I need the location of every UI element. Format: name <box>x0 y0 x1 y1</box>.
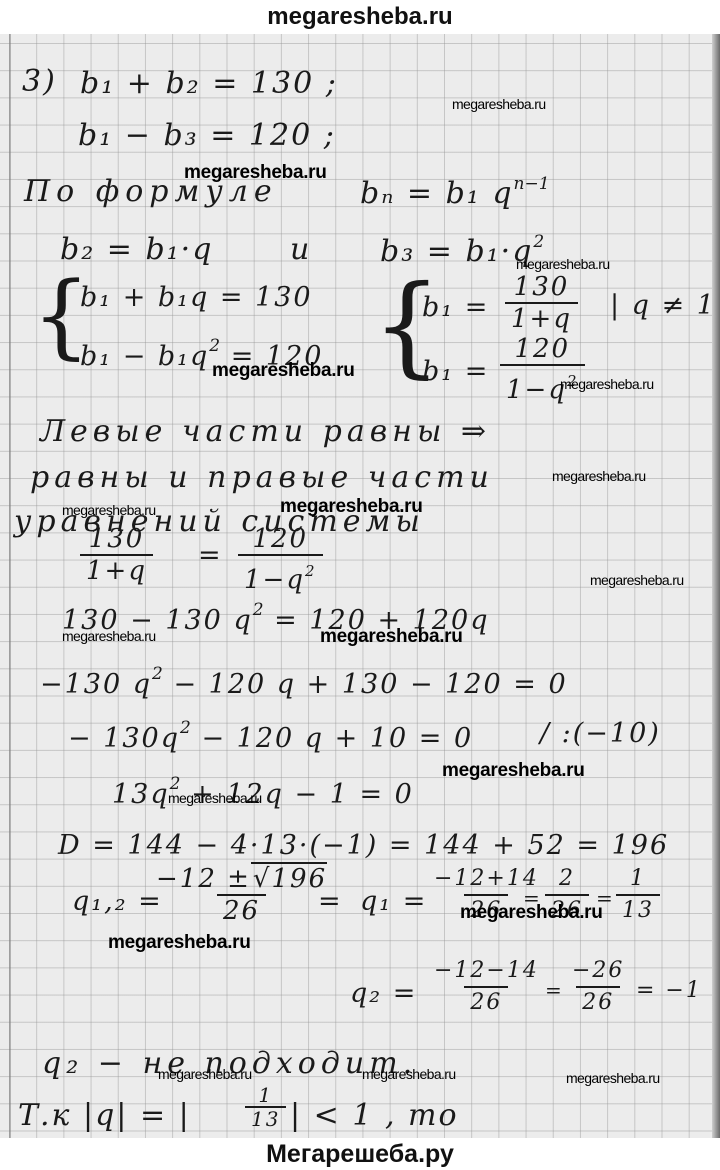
equation-left-fraction: 130 1+q <box>80 524 153 586</box>
step-3-exponent: 2 <box>180 718 191 738</box>
site-footer: Мегарешеба.ру <box>0 1138 720 1170</box>
equals-sign: = <box>545 978 564 1002</box>
system-1-eq-2-exponent: 2 <box>209 336 220 356</box>
watermark: megaresheba.ru <box>460 902 603 924</box>
fraction-denominator: 26 <box>217 894 266 926</box>
conclusion-suffix: | < 1 , то <box>290 1098 459 1133</box>
watermark: megaresheba.ru <box>452 96 546 112</box>
watermark: megaresheba.ru <box>212 360 355 382</box>
fraction-denominator: 1+q <box>80 554 153 586</box>
general-formula: bₙ = b₁ qn−1 <box>360 174 550 211</box>
fraction-denominator: 13 <box>245 1106 286 1130</box>
roots-equals: = <box>318 886 343 917</box>
b3-exponent: 2 <box>533 232 544 252</box>
equation-right-fraction: 120 1−q2 <box>238 524 323 595</box>
watermark: megaresheba.ru <box>442 760 585 782</box>
fraction-numerator: 1 <box>624 864 652 894</box>
roots-formula-fraction: −12 ±√196 26 <box>150 864 333 926</box>
condition-q-not-1: | q ≠ 1 <box>610 290 716 321</box>
fraction-denominator: 13 <box>616 894 660 926</box>
watermark: megaresheba.ru <box>362 1066 456 1082</box>
watermark: megaresheba.ru <box>320 626 463 648</box>
equation-equals: = <box>198 540 223 571</box>
formula-lhs: bₙ = b₁ q <box>360 176 514 211</box>
system-1-eq-2-base: b₁ − b₁q <box>80 341 209 372</box>
watermark: megaresheba.ru <box>560 376 654 392</box>
fraction-denominator: 1−q2 <box>238 554 323 595</box>
conclusion-prefix: Т.к |q| = | <box>18 1098 191 1133</box>
step-3: − 130q2 − 120 q + 10 = 0 <box>68 718 473 754</box>
given-2-lhs: b₁ − b₃ <box>78 118 199 153</box>
step-3-rest: − 120 q + 10 = 0 <box>201 723 473 754</box>
watermark: megaresheba.ru <box>590 572 684 588</box>
sqrt: √196 <box>251 862 327 894</box>
q2-mid-fraction: −26 26 <box>566 956 630 1018</box>
step-4: 13q2 + 12q − 1 = 0 <box>112 774 414 810</box>
watermark: megaresheba.ru <box>62 502 156 518</box>
q2-final: = −1 <box>636 978 702 1003</box>
text-line-1: Левые части равны ⇒ <box>40 414 491 449</box>
q1-label: q₁ = <box>360 886 427 917</box>
task-label: 3) <box>22 64 57 99</box>
fraction-denominator: 26 <box>576 986 620 1018</box>
step-4-lhs: 13q <box>112 779 170 810</box>
fraction-numerator: 1 <box>252 1084 279 1106</box>
num-prefix: −12 ± <box>156 864 251 894</box>
den-base: 1−q <box>244 565 305 595</box>
text-line-2: равны и правые части <box>30 460 494 495</box>
system-1-eq-1: b₁ + b₁q = 130 <box>80 282 313 313</box>
fraction-numerator: −12 ±√196 <box>150 864 333 894</box>
watermark: megaresheba.ru <box>108 932 251 954</box>
fraction-denominator: 26 <box>464 986 508 1018</box>
q2-label: q₂ = <box>350 978 417 1009</box>
fraction-numerator: 120 <box>508 334 576 364</box>
watermark: megaresheba.ru <box>168 790 262 806</box>
step-2-lhs: −130 q <box>40 669 152 700</box>
given-equation-1: b₁ + b₂ = 130 ; <box>80 66 338 101</box>
step-2: −130 q2 − 120 q + 130 − 120 = 0 <box>40 664 568 700</box>
system-2-eq-1-lhs: b₁ = <box>422 292 489 323</box>
den-base: 1−q <box>506 375 567 405</box>
notebook-page: 3) b₁ + b₂ = 130 ; b₁ − b₃ = 120 ; По фо… <box>0 34 720 1138</box>
fraction-numerator: 2 <box>553 864 581 894</box>
margin-line <box>9 34 11 1138</box>
fraction-numerator: 130 <box>508 272 576 302</box>
given-equation-2: b₁ − b₃ = 120 ; <box>78 118 336 153</box>
q1-final-fraction: 1 13 <box>616 864 660 926</box>
fraction-numerator: −26 <box>566 956 630 986</box>
given-1-lhs: b₁ + b₂ <box>80 66 201 101</box>
discriminant: D = 144 − 4·13·(−1) = 144 + 52 = 196 <box>58 830 669 861</box>
watermark: megaresheba.ru <box>184 162 327 184</box>
step-3-lhs: − 130q <box>68 723 180 754</box>
watermark: megaresheba.ru <box>158 1066 252 1082</box>
step-1-exponent: 2 <box>253 600 264 620</box>
fraction-denominator: 1+q <box>505 302 578 334</box>
conclusion-fraction: 1 13 <box>245 1084 286 1130</box>
watermark: megaresheba.ru <box>552 468 646 484</box>
den-exponent: 2 <box>305 562 317 580</box>
watermark: megaresheba.ru <box>280 496 423 518</box>
formula-exponent: n−1 <box>514 174 550 194</box>
conclusion-abs-q: Т.к |q| = | <box>18 1098 191 1133</box>
step-2-rest: − 120 q + 130 − 120 = 0 <box>173 669 567 700</box>
fraction-numerator: −12−14 <box>428 956 545 986</box>
system-2-eq-1-fraction: 130 1+q <box>505 272 578 334</box>
q2-fraction: −12−14 26 <box>428 956 545 1018</box>
site-header: megaresheba.ru <box>0 0 720 34</box>
and-word: и <box>290 232 311 267</box>
fraction-numerator: 130 <box>83 524 151 554</box>
step-2-exponent: 2 <box>152 664 163 684</box>
watermark: megaresheba.ru <box>62 628 156 644</box>
watermark: megaresheba.ru <box>566 1070 660 1086</box>
system-2-eq-2-fraction: 120 1−q2 <box>500 334 585 405</box>
watermark: megaresheba.ru <box>516 256 610 272</box>
given-1-rhs: = 130 ; <box>212 66 338 101</box>
given-2-rhs: = 120 ; <box>210 118 336 153</box>
fraction-numerator: 120 <box>246 524 314 554</box>
divide-by-minus-10: / :(−10) <box>540 718 661 749</box>
system-2-eq-2-lhs: b₁ = <box>422 356 489 387</box>
